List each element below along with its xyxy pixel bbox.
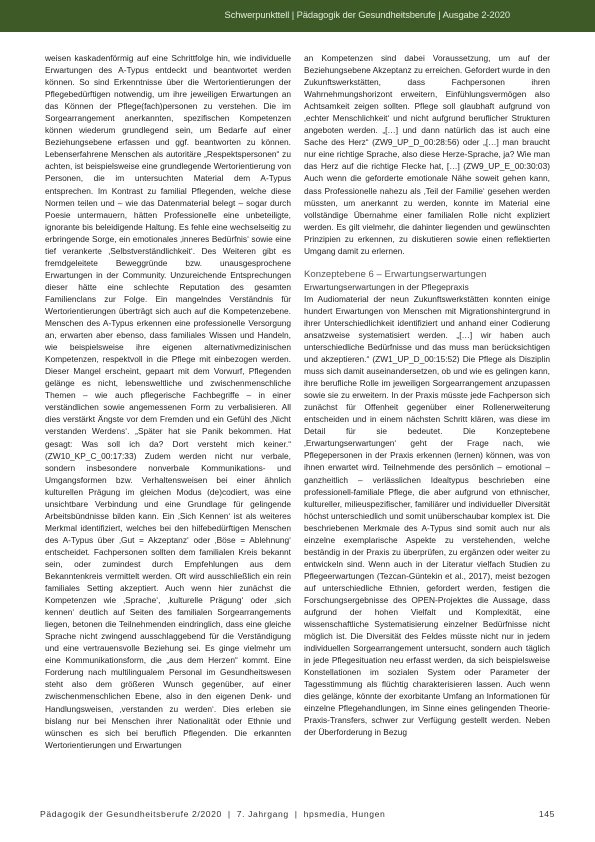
body-paragraph: weisen kaskadenförmig auf eine Schrittfo… bbox=[45, 52, 291, 751]
section-subheading: Erwartungserwartungen in der Pflegepraxi… bbox=[304, 281, 550, 293]
footer-publisher: hpsmedia, Hungen bbox=[304, 809, 386, 819]
body-paragraph: Im Audiomaterial der neun Zukunftswerkst… bbox=[304, 293, 550, 739]
running-title: Schwerpunkttell | Pädagogik der Gesundhe… bbox=[225, 9, 510, 20]
page-number: 145 bbox=[539, 809, 555, 819]
header-bar: Schwerpunkttell | Pädagogik der Gesundhe… bbox=[0, 0, 595, 32]
footer-volume: 7. Jahrgang bbox=[237, 809, 289, 819]
section-heading: Konzeptebene 6 – Erwartungserwartungen bbox=[304, 269, 550, 281]
body-paragraph: an Kompetenzen sind dabei Voraussetzung,… bbox=[304, 52, 550, 257]
left-column: weisen kaskadenförmig auf eine Schrittfo… bbox=[45, 52, 291, 751]
footer-journal: Pädagogik der Gesundheitsberufe 2/2020 bbox=[40, 809, 222, 819]
right-column: an Kompetenzen sind dabei Voraussetzung,… bbox=[304, 52, 550, 739]
